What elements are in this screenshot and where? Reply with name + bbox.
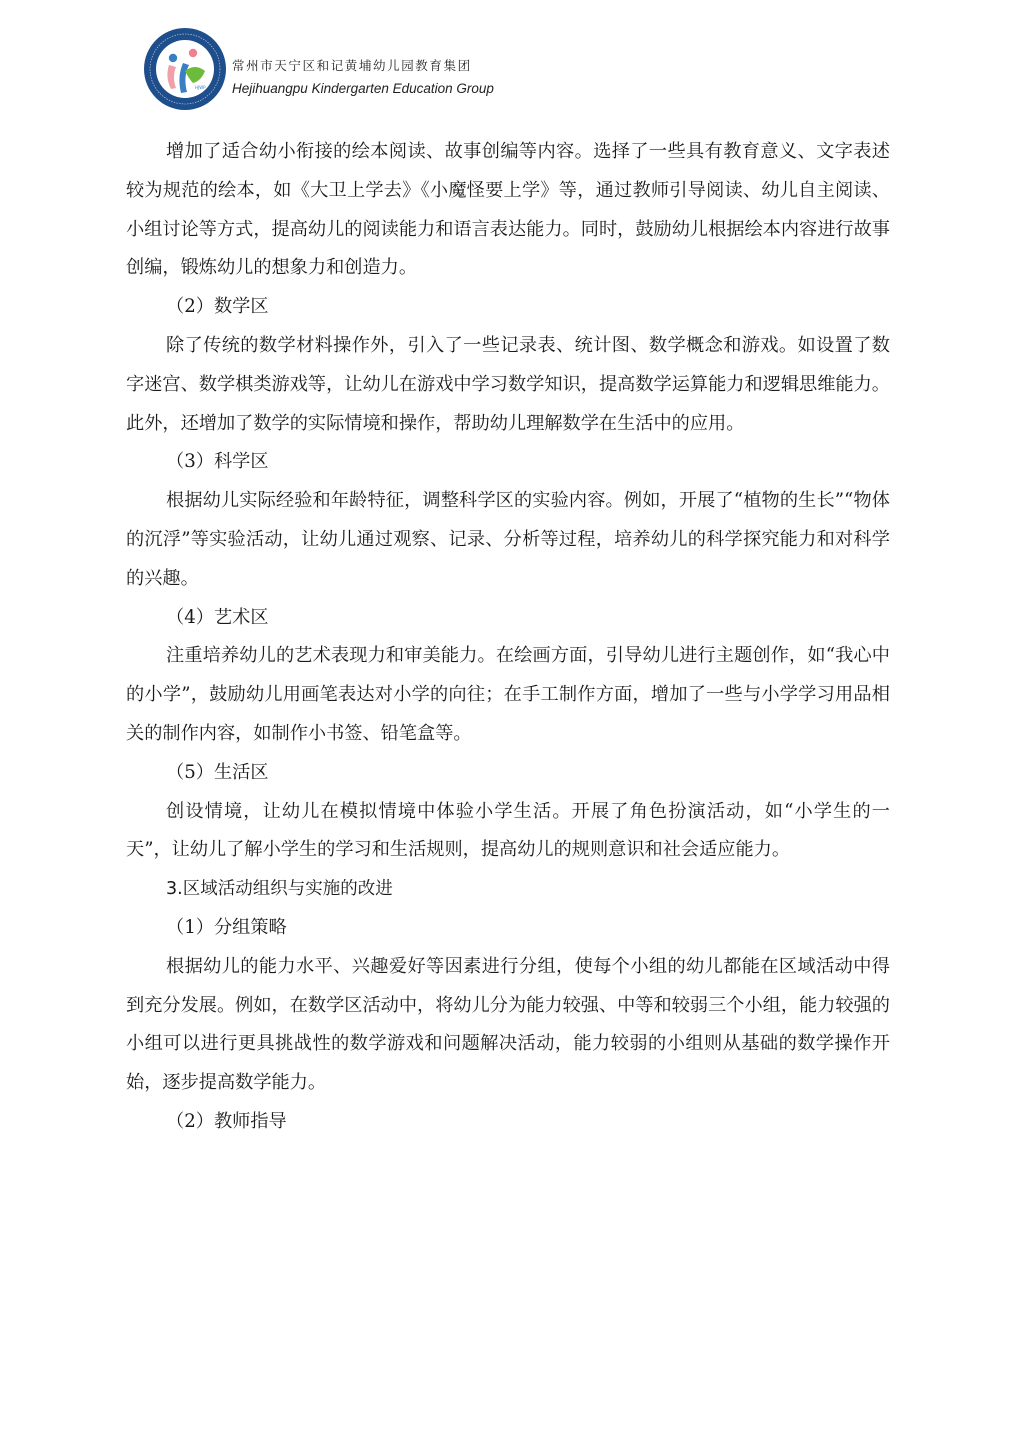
kindergarten-logo-icon: HJWP	[143, 27, 227, 111]
science-area-heading: （3）科学区	[126, 443, 890, 482]
teacher-guidance-heading: （2）教师指导	[126, 1103, 890, 1142]
section-3-heading: 3.区域活动组织与实施的改进	[126, 870, 890, 909]
life-area-heading: （5）生活区	[126, 754, 890, 793]
org-name-english: Hejihuangpu Kindergarten Education Group	[232, 81, 494, 96]
org-name-chinese: 常州市天宁区和记黄埔幼儿园教育集团	[232, 56, 472, 74]
math-area-heading: （2）数学区	[126, 288, 890, 327]
grouping-strategy-heading: （1）分组策略	[126, 909, 890, 948]
document-body: 增加了适合幼小衔接的绘本阅读、故事创编等内容。选择了一些具有教育意义、文字表述较…	[126, 133, 890, 1142]
document-header: HJWP 常州市天宁区和记黄埔幼儿园教育集团 Hejihuangpu Kinde…	[143, 27, 643, 113]
life-area-paragraph: 创设情境，让幼儿在模拟情境中体验小学生活。开展了角色扮演活动，如“小学生的一天”…	[126, 793, 890, 871]
math-area-paragraph: 除了传统的数学材料操作外，引入了一些记录表、统计图、数学概念和游戏。如设置了数字…	[126, 327, 890, 443]
art-area-heading: （4）艺术区	[126, 599, 890, 638]
reading-area-paragraph: 增加了适合幼小衔接的绘本阅读、故事创编等内容。选择了一些具有教育意义、文字表述较…	[126, 133, 890, 288]
art-area-paragraph: 注重培养幼儿的艺术表现力和审美能力。在绘画方面，引导幼儿进行主题创作，如“我心中…	[126, 637, 890, 753]
science-area-paragraph: 根据幼儿实际经验和年龄特征，调整科学区的实验内容。例如，开展了“植物的生长”“物…	[126, 482, 890, 598]
grouping-strategy-paragraph: 根据幼儿的能力水平、兴趣爱好等因素进行分组，使每个小组的幼儿都能在区域活动中得到…	[126, 948, 890, 1103]
svg-text:HJWP: HJWP	[195, 85, 206, 90]
